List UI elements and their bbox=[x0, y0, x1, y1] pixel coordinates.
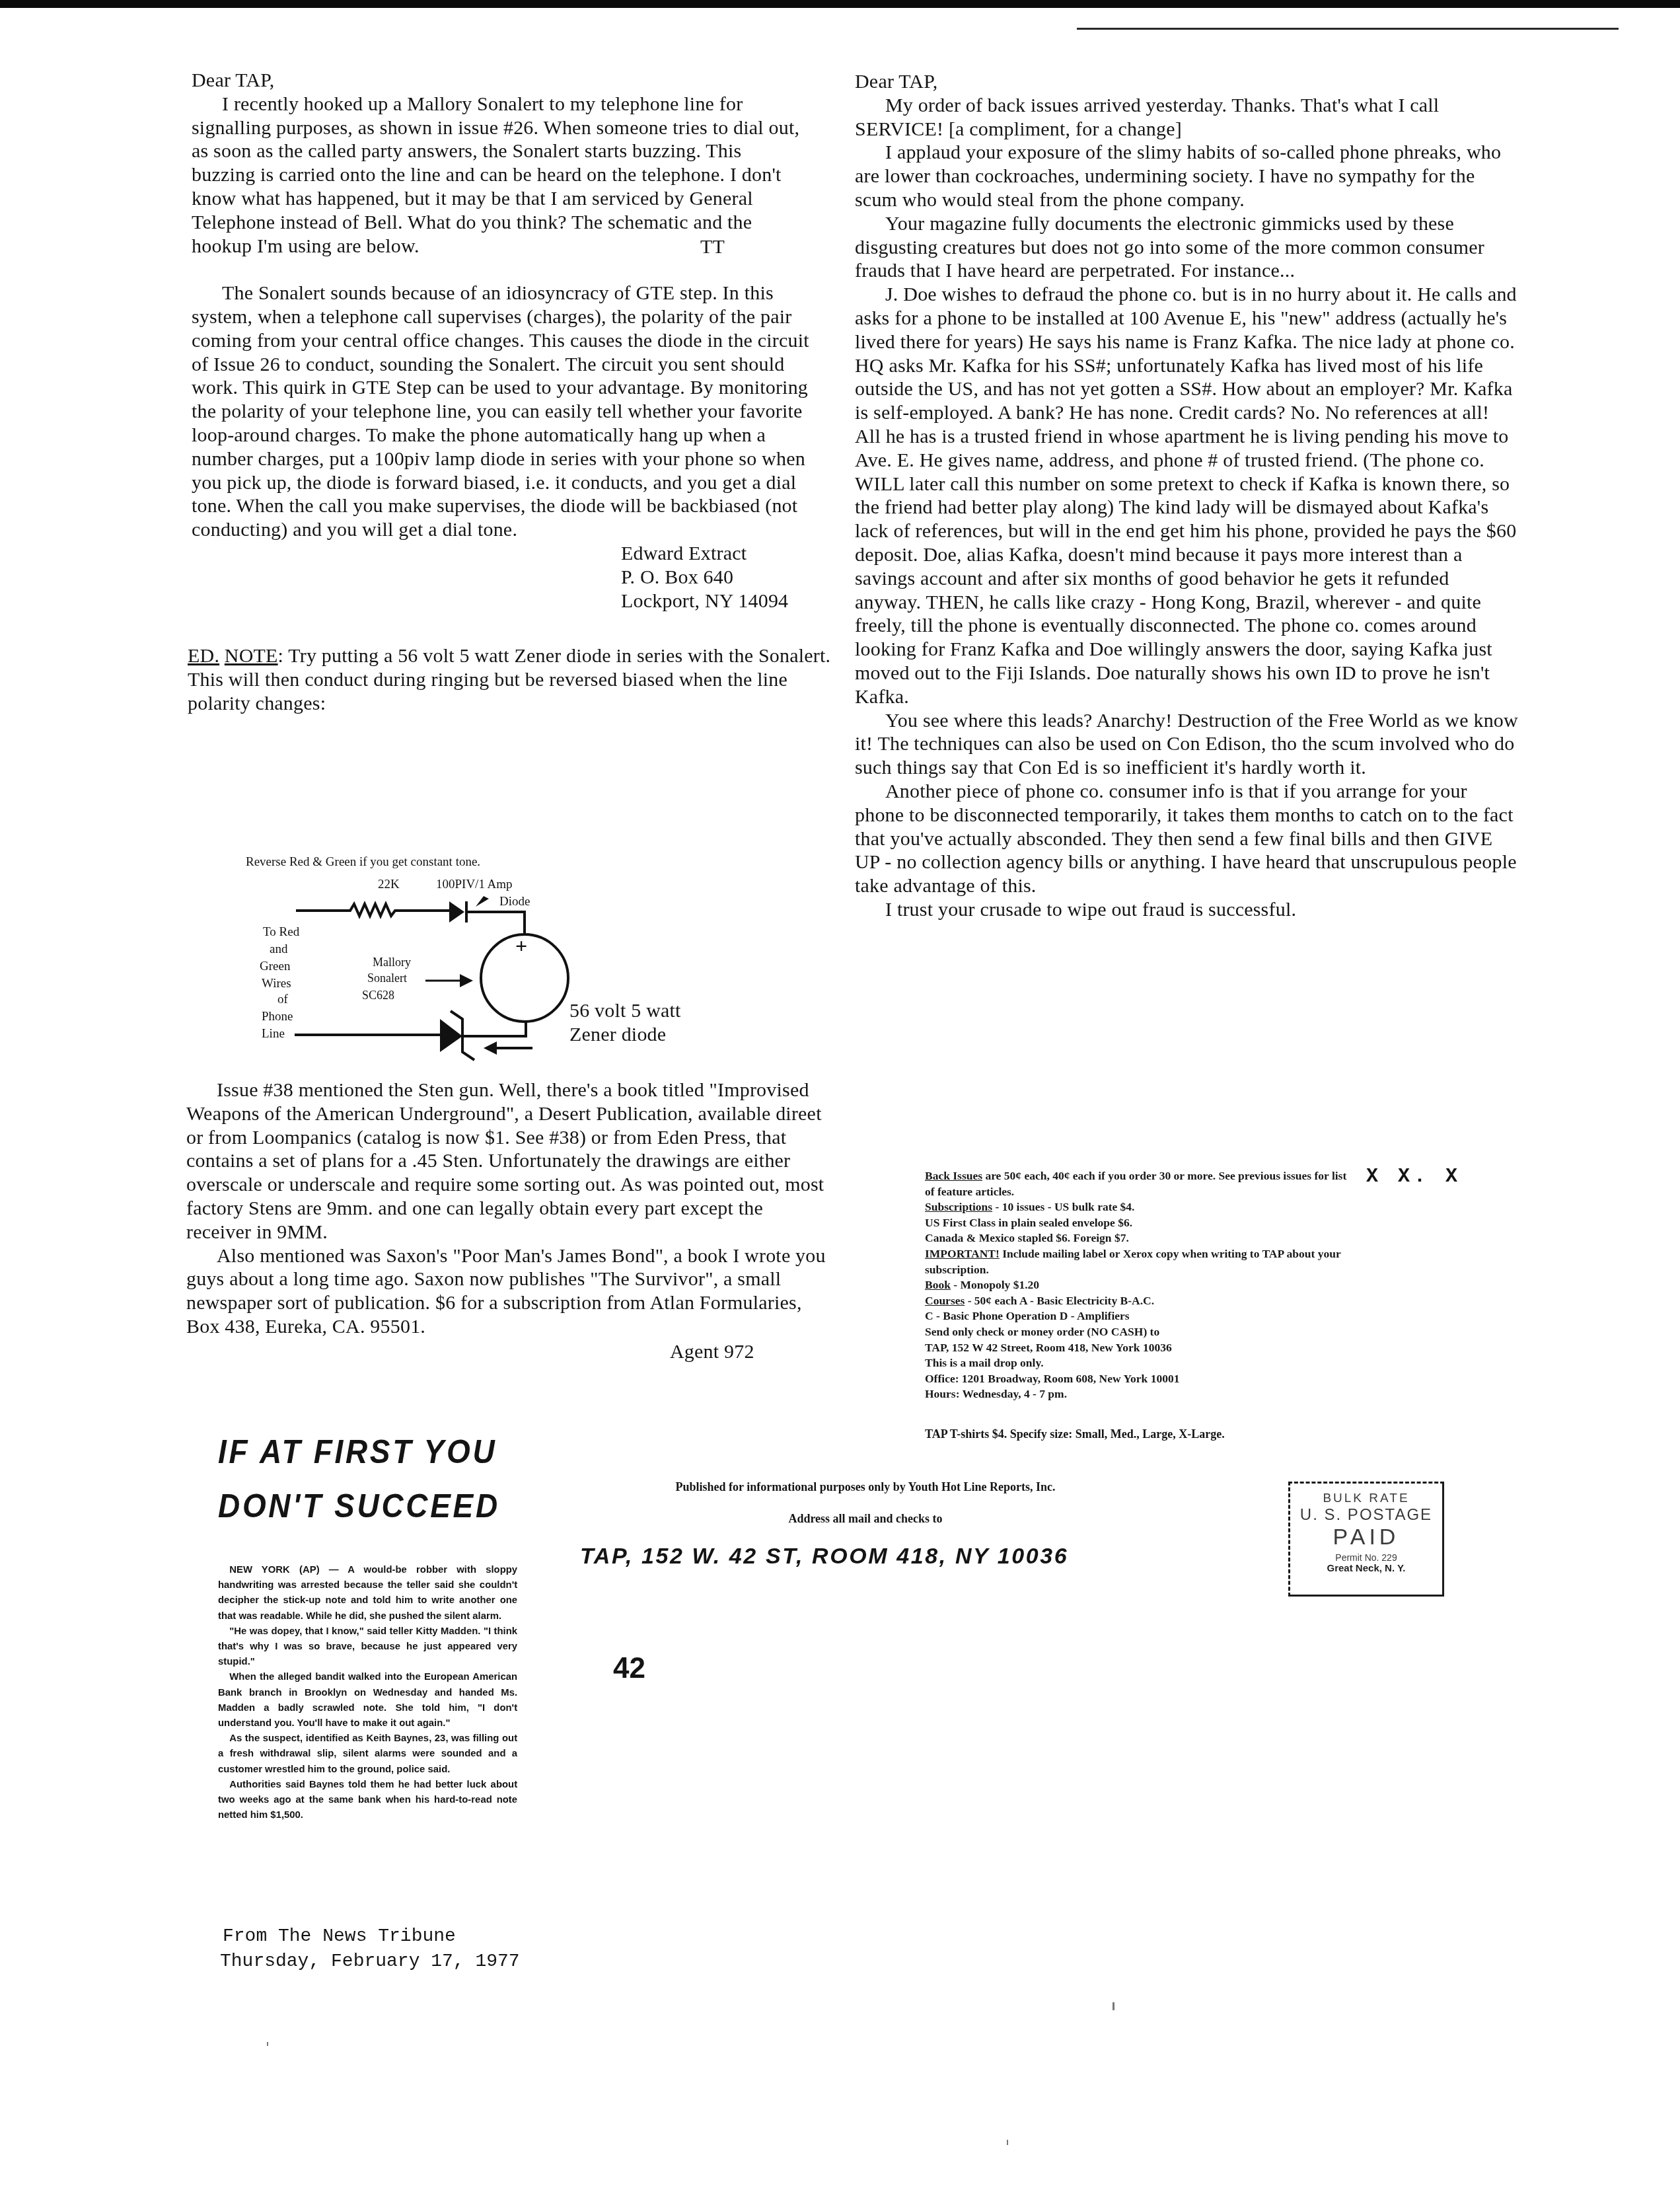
indicia-line: Great Neck, N. Y. bbox=[1290, 1563, 1442, 1574]
scan-speck bbox=[1007, 2140, 1008, 2145]
wires-label: To Red bbox=[263, 925, 300, 939]
scan-speck bbox=[267, 2042, 268, 2046]
letter-agent-972: Issue #38 mentioned the Sten gun. Well, … bbox=[186, 1078, 840, 1364]
resistor-label: 22K bbox=[378, 878, 400, 891]
zener-label-line: 56 volt 5 watt bbox=[569, 999, 681, 1023]
letter-body: I recently hooked up a Mallory Sonalert … bbox=[192, 93, 806, 258]
clipping-headline: DON'T SUCCEED bbox=[218, 1487, 500, 1525]
subscription-info: Back Issues are 50¢ each, 40¢ each if yo… bbox=[925, 1168, 1348, 1402]
mailing-address: TAP, 152 W. 42 ST, ROOM 418, NY 10036 bbox=[580, 1544, 1068, 1569]
ed-note-text: : Try putting a 56 volt 5 watt Zener dio… bbox=[188, 645, 830, 714]
source-name: From The News Tribune bbox=[220, 1924, 520, 1949]
tshirt-offer: TAP T-shirts $4. Specify size: Small, Me… bbox=[925, 1427, 1225, 1441]
magazine-page: Dear TAP, I recently hooked up a Mallory… bbox=[0, 0, 1680, 2186]
subscription-text: C - Basic Phone Operation D - Amplifiers bbox=[925, 1309, 1130, 1322]
diode-label-2: Diode bbox=[499, 895, 530, 909]
schematic-caption: Reverse Red & Green if you get constant … bbox=[246, 855, 480, 869]
subscription-text: are 50¢ each, 40¢ each if you order 30 o… bbox=[925, 1169, 1346, 1198]
subscription-text: This is a mail drop only. bbox=[925, 1356, 1044, 1369]
signature: X X. X bbox=[1366, 1166, 1461, 1188]
subscription-line: Subscriptions - 10 issues - US bulk rate… bbox=[925, 1199, 1348, 1215]
subscription-text: TAP, 152 W 42 Street, Room 418, New York… bbox=[925, 1341, 1172, 1354]
subscription-text: Office: 1201 Broadway, Room 608, New Yor… bbox=[925, 1372, 1179, 1385]
subscription-label: Back Issues bbox=[925, 1169, 982, 1182]
editor-note: ED. NOTE: Try putting a 56 volt 5 watt Z… bbox=[188, 644, 842, 715]
subscription-text: - Monopoly $1.20 bbox=[951, 1278, 1039, 1291]
subscription-text: - 50¢ each A - Basic Electricity B-A.C. bbox=[965, 1294, 1154, 1307]
address-prompt: Address all mail and checks to bbox=[562, 1512, 1169, 1526]
subscription-text: Send only check or money order (NO CASH)… bbox=[925, 1325, 1159, 1338]
postage-indicia: BULK RATE U. S. POSTAGE PAID Permit No. … bbox=[1288, 1482, 1444, 1597]
letter-paragraph: You see where this leads? Anarchy! Destr… bbox=[855, 709, 1519, 780]
signature-line: P. O. Box 640 bbox=[192, 566, 839, 589]
arrow-icon bbox=[484, 1041, 497, 1055]
subscription-line: IMPORTANT! Include mailing label or Xero… bbox=[925, 1246, 1348, 1277]
publisher-notice: Published for informational purposes onl… bbox=[562, 1480, 1169, 1494]
letter-paragraph: My order of back issues arrived yesterda… bbox=[855, 94, 1519, 141]
subscription-line: Courses - 50¢ each A - Basic Electricity… bbox=[925, 1293, 1348, 1309]
clipping-headline: IF AT FIRST YOU bbox=[218, 1433, 497, 1471]
zener-label-line: Zener diode bbox=[569, 1023, 681, 1047]
left-column: Dear TAP, I recently hooked up a Mallory… bbox=[192, 69, 839, 716]
clipping-paragraph: As the suspect, identified as Keith Bayn… bbox=[218, 1731, 517, 1777]
clipping-paragraph: When the alleged bandit walked into the … bbox=[218, 1669, 517, 1731]
reply-body: The Sonalert sounds because of an idiosy… bbox=[192, 282, 819, 542]
subscription-label: IMPORTANT! bbox=[925, 1247, 1000, 1260]
subscription-line: This is a mail drop only. bbox=[925, 1355, 1348, 1371]
wires-label: Green bbox=[260, 960, 291, 973]
right-column: Dear TAP, My order of back issues arrive… bbox=[855, 70, 1519, 922]
subscription-line: US First Class in plain sealed envelope … bbox=[925, 1215, 1348, 1231]
arrow-icon bbox=[476, 896, 489, 907]
letter-paragraph: I trust your crusade to wipe out fraud i… bbox=[855, 898, 1519, 922]
clipping-paragraph: Authorities said Baynes told them he had… bbox=[218, 1777, 517, 1823]
subscription-line: Back Issues are 50¢ each, 40¢ each if yo… bbox=[925, 1168, 1348, 1199]
diode-symbol bbox=[449, 901, 464, 923]
reply-extract: The Sonalert sounds because of an idiosy… bbox=[192, 282, 839, 613]
subscription-line: Canada & Mexico stapled $6. Foreign $7. bbox=[925, 1230, 1348, 1246]
subscription-text: - 10 issues - US bulk rate $4. bbox=[992, 1200, 1134, 1213]
page-number: 42 bbox=[613, 1652, 645, 1685]
arrow-icon bbox=[460, 974, 473, 987]
clipping-paragraph: NEW YORK (AP) — A would-be robber with s… bbox=[218, 1562, 517, 1624]
subscription-label: Subscriptions bbox=[925, 1200, 992, 1213]
subscription-line: Send only check or money order (NO CASH)… bbox=[925, 1324, 1348, 1340]
subscription-line: Book - Monopoly $1.20 bbox=[925, 1277, 1348, 1293]
signature: Agent 972 bbox=[186, 1340, 840, 1364]
clipping-paragraph: "He was dopey, that I know," said teller… bbox=[218, 1624, 517, 1670]
subscription-text: US First Class in plain sealed envelope … bbox=[925, 1216, 1132, 1229]
indicia-line: PAID bbox=[1290, 1525, 1442, 1550]
letter-paragraph: Your magazine fully documents the electr… bbox=[855, 212, 1519, 283]
subscription-text: Canada & Mexico stapled $6. Foreign $7. bbox=[925, 1231, 1129, 1244]
salutation: Dear TAP, bbox=[855, 70, 1519, 94]
subscription-text: Hours: Wednesday, 4 - 7 pm. bbox=[925, 1387, 1067, 1400]
subscription-label: Book bbox=[925, 1278, 951, 1291]
wires-label: of bbox=[277, 993, 289, 1006]
polarity-plus: + bbox=[515, 934, 527, 958]
news-clipping: NEW YORK (AP) — A would-be robber with s… bbox=[218, 1562, 517, 1823]
letter-paragraph: Also mentioned was Saxon's "Poor Man's J… bbox=[186, 1244, 830, 1339]
clipping-source: From The News Tribune Thursday, February… bbox=[220, 1924, 520, 1975]
indicia-line: U. S. POSTAGE bbox=[1290, 1506, 1442, 1525]
sonalert-label: Sonalert bbox=[367, 971, 407, 985]
ed-label: ED. bbox=[188, 645, 219, 667]
subscription-label: Courses bbox=[925, 1294, 965, 1307]
zener-diode-symbol bbox=[440, 1019, 462, 1052]
sonalert-label: SC628 bbox=[362, 989, 394, 1002]
source-date: Thursday, February 17, 1977 bbox=[220, 1949, 520, 1975]
wires-label: Phone bbox=[262, 1010, 293, 1024]
note-label: NOTE bbox=[225, 645, 278, 667]
wires-label: and bbox=[270, 942, 288, 956]
letter-paragraph: I applaud your exposure of the slimy hab… bbox=[855, 141, 1519, 211]
subscription-line: Office: 1201 Broadway, Room 608, New Yor… bbox=[925, 1371, 1348, 1387]
letter-tt: Dear TAP, I recently hooked up a Mallory… bbox=[192, 69, 839, 259]
zener-label: 56 volt 5 watt Zener diode bbox=[569, 999, 681, 1047]
scan-speck bbox=[1113, 2002, 1114, 2010]
diode-label: 100PIV/1 Amp bbox=[436, 878, 513, 891]
indicia-line: BULK RATE bbox=[1290, 1491, 1442, 1506]
letter-paragraph: J. Doe wishes to defraud the phone co. b… bbox=[855, 283, 1519, 708]
subscription-line: Hours: Wednesday, 4 - 7 pm. bbox=[925, 1386, 1348, 1402]
scan-rule bbox=[1077, 28, 1619, 30]
sonalert-label: Mallory bbox=[373, 956, 411, 969]
resistor-symbol bbox=[296, 904, 449, 916]
wires-label: Wires bbox=[262, 977, 291, 991]
wires-label: Line bbox=[262, 1027, 285, 1041]
indicia-line: Permit No. 229 bbox=[1290, 1552, 1442, 1563]
scan-edge-top bbox=[0, 0, 1680, 8]
subscription-line: TAP, 152 W 42 Street, Room 418, New York… bbox=[925, 1340, 1348, 1356]
signature-line: Lockport, NY 14094 bbox=[192, 589, 839, 613]
subscription-line: C - Basic Phone Operation D - Amplifiers bbox=[925, 1308, 1348, 1324]
signature-line: Edward Extract bbox=[192, 542, 839, 566]
salutation: Dear TAP, bbox=[192, 69, 839, 93]
letter-paragraph: Another piece of phone co. consumer info… bbox=[855, 780, 1519, 898]
letter-paragraph: Issue #38 mentioned the Sten gun. Well, … bbox=[186, 1078, 830, 1244]
